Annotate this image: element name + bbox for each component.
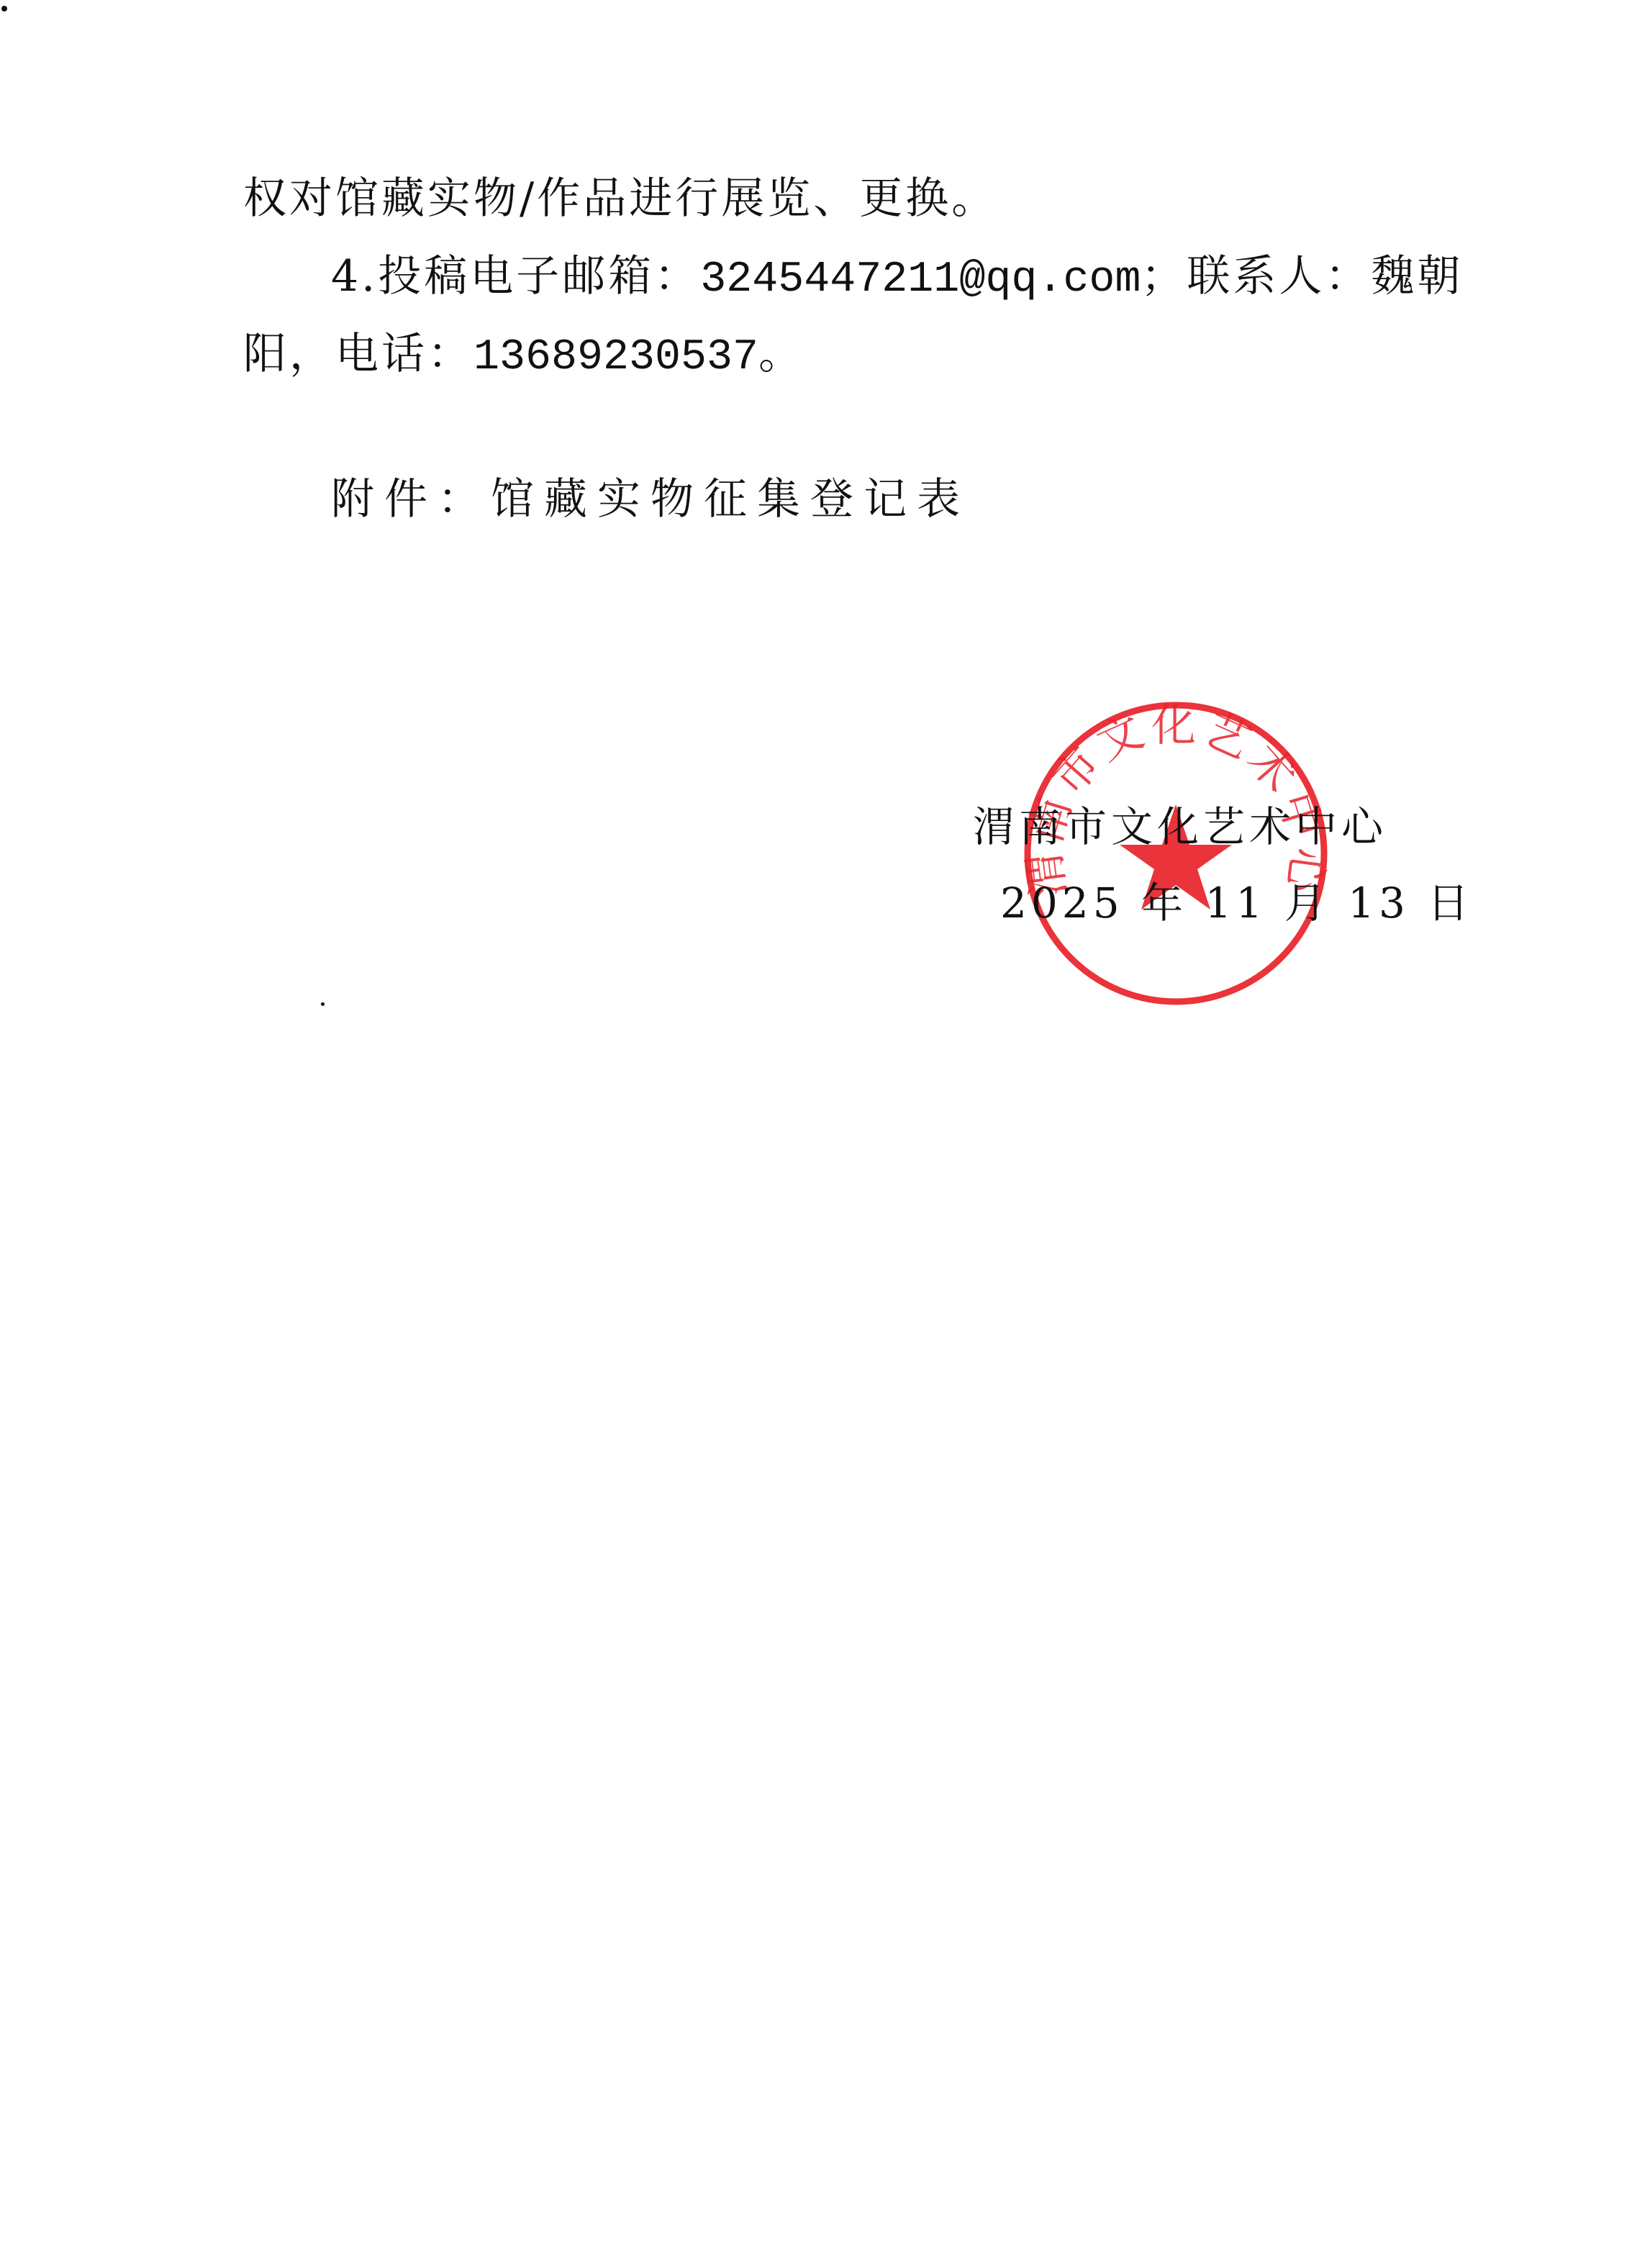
attachment-label: 附件： xyxy=(331,474,491,525)
phone-number: 13689230537 xyxy=(473,333,758,382)
signing-date: 2025 年 11 月 13 日 xyxy=(1000,882,1473,924)
seal-graphic: 渭南市文化艺术中心 xyxy=(1020,698,1331,1009)
attachment-line: 附件：馆藏实物征集登记表 xyxy=(331,478,970,521)
scan-speck xyxy=(1,6,7,12)
signing-organization: 渭南市文化艺术中心 xyxy=(973,806,1387,848)
official-seal: 渭南市文化艺术中心 xyxy=(1020,698,1331,1009)
paragraph-item-4: 4.投稿电子邮箱：3245447211@qq.com；联系人：魏朝 xyxy=(331,255,1463,301)
paragraph-rights-line: 权对馆藏实物/作品进行展览、更换。 xyxy=(243,177,997,220)
scan-speck xyxy=(321,1002,325,1006)
paragraph-item-4-continued: 阳，电话：13689230537。 xyxy=(243,332,804,379)
email-link[interactable]: 3245447211@qq.com xyxy=(700,255,1141,304)
attachment-title[interactable]: 馆藏实物征集登记表 xyxy=(491,474,970,525)
